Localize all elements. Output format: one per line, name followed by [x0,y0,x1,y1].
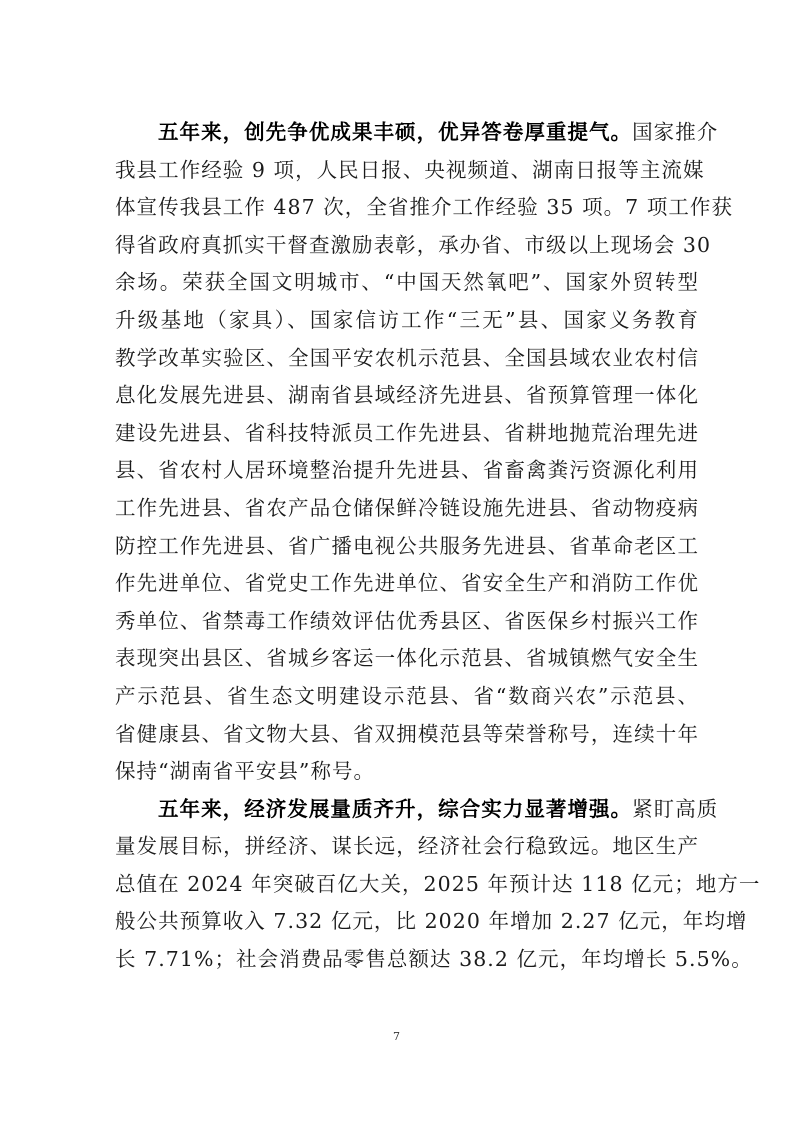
paragraph-2-line-1: 五年来，经济发展量质齐升，综合实力显著增强。紧盯高质 [115,791,699,829]
paragraph-line: 教学改革实验区、全国平安农机示范县、全国县域农业农村信 [115,340,699,378]
paragraph-line: 建设先进县、省科技特派员工作先进县、省耕地抛荒治理先进 [115,415,699,453]
paragraph-line: 表现突出县区、省城乡客运一体化示范县、省城镇燃气安全生 [115,640,699,678]
page-number: 7 [0,1030,793,1043]
paragraph-line: 秀单位、省禁毒工作绩效评估优秀县区、省医保乡村振兴工作 [115,603,699,641]
paragraph-line: 县、省农村人居环境整治提升先进县、省畜禽粪污资源化利用 [115,452,699,490]
paragraph-line: 般公共预算收入 7.32 亿元，比 2020 年增加 2.27 亿元，年均增 [115,903,699,941]
paragraph-1-heading: 五年来，创先争优成果丰硕，优异答卷厚重提气。 [158,120,632,144]
paragraph-line: 总值在 2024 年突破百亿大关，2025 年预计达 118 亿元；地方一 [115,866,699,904]
paragraph-1-line-1: 五年来，创先争优成果丰硕，优异答卷厚重提气。国家推介 [115,114,699,152]
text-run: 紧盯高质 [632,797,718,821]
paragraph-line: 省健康县、省文物大县、省双拥模范县等荣誉称号，连续十年 [115,716,699,754]
body-text: 五年来，创先争优成果丰硕，优异答卷厚重提气。国家推介 我县工作经验 9 项，人民… [115,114,699,979]
paragraph-line: 工作先进县、省农产品仓储保鲜冷链设施先进县、省动物疫病 [115,490,699,528]
paragraph-line: 防控工作先进县、省广播电视公共服务先进县、省革命老区工 [115,528,699,566]
paragraph-line: 保持“湖南省平安县”称号。 [115,753,699,791]
paragraph-2-heading: 五年来，经济发展量质齐升，综合实力显著增强。 [158,797,632,821]
paragraph-line: 我县工作经验 9 项，人民日报、央视频道、湖南日报等主流媒 [115,152,699,190]
paragraph-line: 息化发展先进县、湖南省县域经济先进县、省预算管理一体化 [115,377,699,415]
paragraph-line: 升级基地（家具）、国家信访工作“三无”县、国家义务教育 [115,302,699,340]
paragraph-line: 余场。荣获全国文明城市、“中国天然氧吧”、国家外贸转型 [115,264,699,302]
paragraph-line: 量发展目标，拼经济、谋长远，经济社会行稳致远。地区生产 [115,828,699,866]
paragraph-line: 得省政府真抓实干督查激励表彰，承办省、市级以上现场会 30 [115,227,699,265]
paragraph-line: 体宣传我县工作 487 次，全省推介工作经验 35 项。7 项工作获 [115,189,699,227]
paragraph-line: 长 7.71%；社会消费品零售总额达 38.2 亿元，年均增长 5.5%。 [115,941,699,979]
document-page: 五年来，创先争优成果丰硕，优异答卷厚重提气。国家推介 我县工作经验 9 项，人民… [0,0,793,1122]
paragraph-line: 作先进单位、省党史工作先进单位、省安全生产和消防工作优 [115,565,699,603]
paragraph-line: 产示范县、省生态文明建设示范县、省“数商兴农”示范县、 [115,678,699,716]
text-run: 国家推介 [632,120,718,144]
